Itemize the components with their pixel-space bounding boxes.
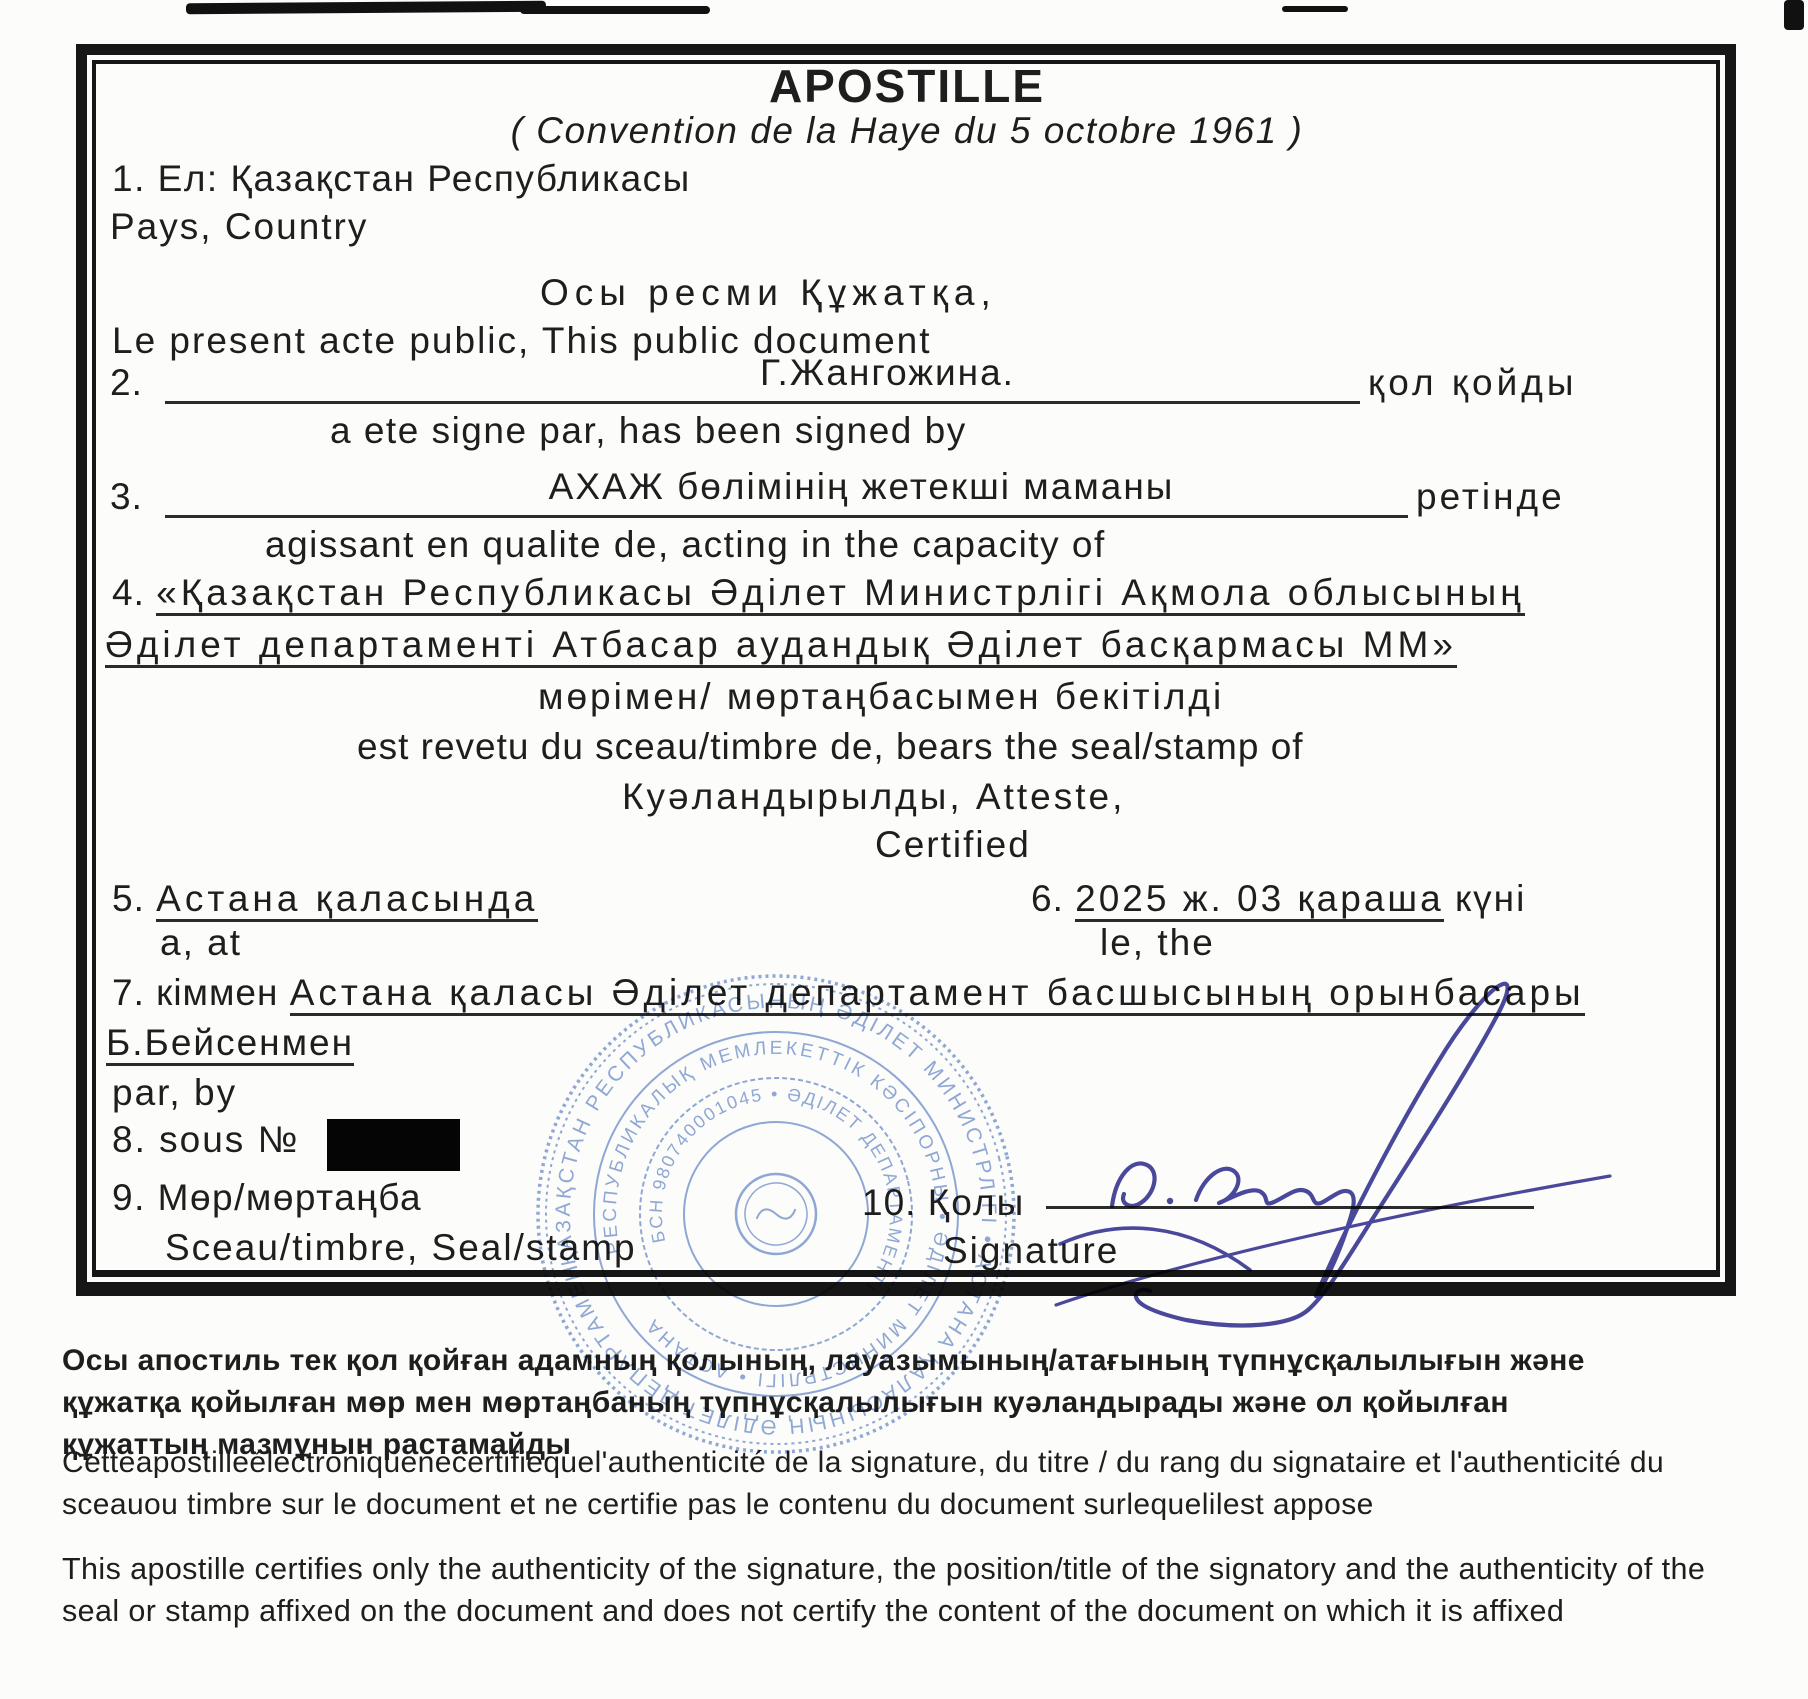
field1-country-sub: Pays, Country	[110, 206, 368, 249]
field1-country: 1. Ел: Қазақстан Республикасы	[112, 158, 691, 201]
field7-official-name: Б.Бейсенмен	[106, 1022, 354, 1065]
field7-sub: par, by	[112, 1072, 237, 1115]
seal-center-mark	[755, 1202, 797, 1225]
field7-label: кіммен	[156, 972, 278, 1013]
field3-number: 3.	[110, 476, 143, 519]
note-english: This apostille certifies only the authen…	[62, 1548, 1707, 1632]
field2-suffix: қол қойды	[1368, 362, 1577, 405]
field4-number: 4.	[112, 572, 145, 613]
field4-sub-certified: Certified	[875, 824, 1031, 867]
field5-city: Астана қаласында	[156, 878, 538, 922]
field4-sub-french-english: est revetu du sceau/timbre de, bears the…	[357, 726, 1304, 769]
page-title: APOSTILLE	[78, 60, 1736, 113]
signature-main-stroke	[1136, 984, 1508, 1326]
field4-line2: Әділет департаменті Атбасар аудандық Әді…	[105, 624, 1457, 667]
field4-authority-line1: «Қазақстан Республикасы Әділет Министрлі…	[156, 572, 1525, 616]
scan-artifact	[1784, 0, 1804, 30]
field7-official-name-text: Б.Бейсенмен	[106, 1022, 354, 1066]
handwritten-signature	[1040, 960, 1640, 1340]
field3-capacity: АХАЖ бөлімінің жетекші маманы	[165, 466, 1408, 518]
convention-subtitle: ( Convention de la Haye du 5 octobre 196…	[78, 110, 1736, 153]
apostille-document: APOSTILLE ( Convention de la Haye du 5 o…	[0, 0, 1808, 1699]
field5-sub: a, at	[160, 922, 242, 965]
field5-number: 5.	[112, 878, 145, 919]
signature-initial	[1112, 1163, 1155, 1206]
field4-authority-line2: Әділет департаменті Атбасар аудандық Әді…	[105, 624, 1457, 668]
field2-number: 2.	[110, 362, 143, 405]
field6-date-suffix: күні	[1455, 878, 1526, 919]
field5-place: 5. Астана қаласында	[112, 878, 538, 921]
field2-signer-name: Г.Жангожина.	[165, 352, 1360, 404]
field7-number: 7.	[112, 972, 145, 1013]
scan-artifact	[186, 1, 546, 15]
field4-sub-kazakh: мөрімен/ мөртаңбасымен бекітілді	[538, 676, 1224, 719]
signature-dot	[1167, 1198, 1173, 1204]
field3-sub: agissant en qualite de, acting in the ca…	[265, 524, 1106, 567]
signature-flourish-arc	[1060, 1228, 1250, 1270]
redaction-box	[327, 1119, 460, 1171]
official-seal-stamp: ҚАЗАҚСТАН РЕСПУБЛИКАСЫНЫҢ ӘДІЛЕТ МИНИСТР…	[530, 968, 1022, 1460]
scan-artifact	[1282, 6, 1348, 12]
scan-artifact	[520, 6, 710, 14]
field6-number: 6.	[1031, 878, 1064, 919]
field3-suffix: ретінде	[1416, 476, 1565, 519]
field4-line1: 4. «Қазақстан Республикасы Әділет Минист…	[112, 572, 1525, 615]
intro-kazakh: Осы ресми Құжатқа,	[540, 272, 997, 315]
field9-seal-label: 9. Мөр/мөртаңба	[112, 1177, 422, 1220]
field6-date: 6. 2025 ж. 03 қараша күні	[1031, 878, 1526, 921]
field8-number-label: 8. sous №	[112, 1119, 299, 1162]
field6-date-value: 2025 ж. 03 қараша	[1075, 878, 1444, 922]
field2-sub: a ete signe par, has been signed by	[330, 410, 967, 453]
field6-sub: le, the	[1100, 922, 1215, 965]
field4-sub-kazakh2: Куәландырылды, Atteste,	[622, 776, 1125, 819]
